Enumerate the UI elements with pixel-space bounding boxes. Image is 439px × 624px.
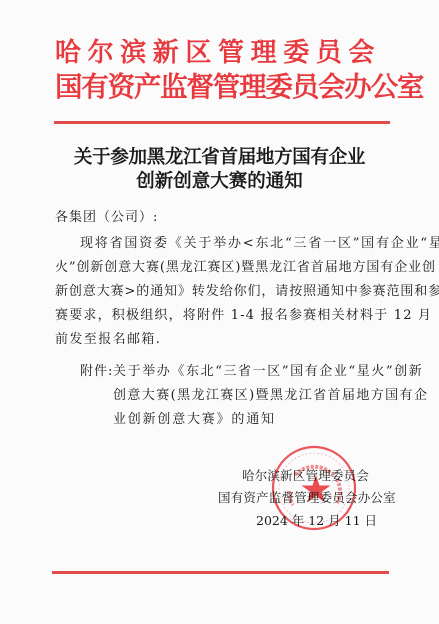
footer-divider — [52, 571, 389, 574]
attachment-line: 创意大赛(黑龙江赛区)暨黑龙江省首届地方国有企 — [113, 388, 428, 404]
body-line: 前发至报名邮箱. — [55, 332, 161, 348]
signature-date: 2024 年 12 月 11 日 — [256, 513, 377, 529]
header-divider — [54, 121, 390, 124]
attachment-line: 业创新创意大赛》的通知 — [113, 412, 276, 428]
body-line: 现将省国资委《关于举办<东北“三省一区”国有企业“星 — [80, 236, 439, 252]
attachment-line: 关于举办《东北“三省一区”国有企业“星火”创新 — [113, 364, 423, 380]
header-org-line1: 哈尔滨新区管理委员会 — [55, 39, 381, 67]
body-line: 新创意大赛>的通知》转发给你们，请按照通知中参赛范围和参 — [55, 284, 439, 300]
header-org-line2: 国有资产监督管理委员会办公室 — [55, 73, 423, 101]
salutation: 各集团（公司）: — [55, 210, 158, 226]
signature-org1: 哈尔滨新区管理委员会 — [242, 468, 369, 484]
document-title-line2: 创新创意大赛的通知 — [0, 171, 439, 193]
signature-org2: 国有资产监督管理委员会办公室 — [218, 490, 396, 506]
body-line: 赛要求，积极组织，将附件 1-4 报名参赛相关材料于 12 月 17日 — [55, 308, 439, 324]
body-line: 火”创新创意大赛(黑龙江赛区)暨黑龙江省首届地方国有企业创 — [55, 260, 436, 276]
attachment-label: 附件: — [80, 364, 113, 380]
document-title-line1: 关于参加黑龙江省首届地方国有企业 — [0, 147, 439, 169]
